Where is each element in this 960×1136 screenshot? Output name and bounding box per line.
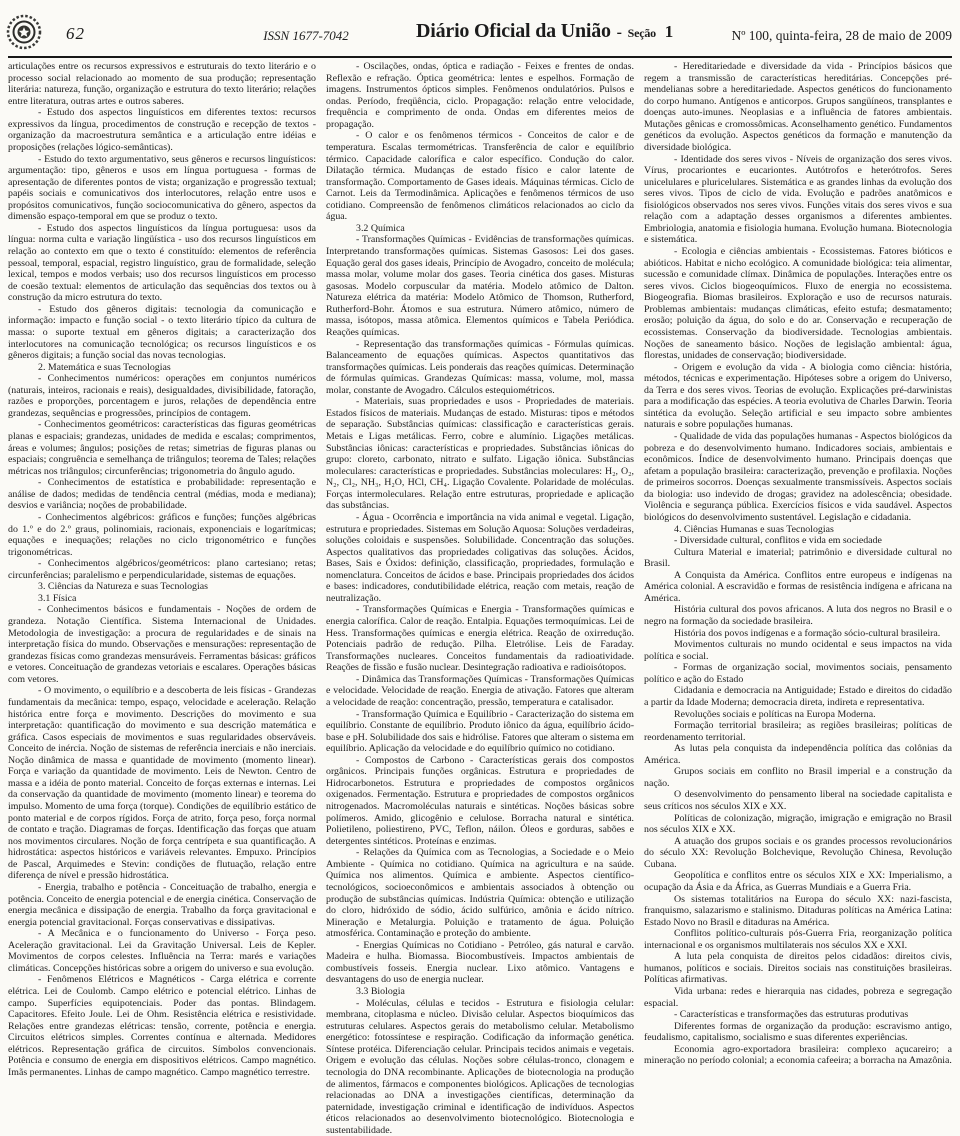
- paragraph: - Dinâmica das Transformações Químicas -…: [326, 674, 634, 709]
- paragraph: Diferentes formas de organização da prod…: [644, 1021, 952, 1044]
- paragraph: O desenvolvimento do pensamento liberal …: [644, 789, 952, 812]
- paragraph: - Materiais, suas propriedades e usos - …: [326, 396, 634, 512]
- text-column-3: - Hereditariedade e diversidade da vida …: [644, 61, 952, 1136]
- paragraph: - Conhecimentos básicos e fundamentais -…: [8, 604, 316, 685]
- paragraph: 2. Matemática e suas Tecnologias: [8, 362, 316, 374]
- paragraph: - Conhecimentos algébricos/geométricos: …: [8, 558, 316, 581]
- issn-label: ISSN 1677-7042: [226, 28, 386, 44]
- paragraph: Os sistemas totalitários na Europa do sé…: [644, 894, 952, 929]
- paragraph: - Compostos de Carbono - Características…: [326, 755, 634, 848]
- paragraph: - O calor e os fenômenos térmicos - Conc…: [326, 130, 634, 223]
- gazette-page: 62 ISSN 1677-7042 Diário Oficial da Uniã…: [0, 0, 960, 1136]
- paragraph: 3.1 Física: [8, 593, 316, 605]
- page-number: 62: [66, 24, 85, 44]
- paragraph: - Conhecimentos algébricos: gráficos e f…: [8, 512, 316, 558]
- paragraph: As lutas pela conquista da independência…: [644, 743, 952, 766]
- paragraph: - Transformações Químicas e Energia - Tr…: [326, 604, 634, 673]
- paragraph: - Conhecimentos numéricos: operações em …: [8, 373, 316, 419]
- paragraph: - Estudo dos aspectos linguísticos em di…: [8, 107, 316, 153]
- paragraph: articulações entre os recursos expressiv…: [8, 61, 316, 107]
- paragraph: Cultura Material e imaterial; patrimônio…: [644, 547, 952, 570]
- edition-date: Nº 100, quinta-feira, 28 de maio de 2009: [731, 28, 952, 44]
- paragraph: A Conquista da América. Conflitos entre …: [644, 570, 952, 605]
- masthead-title: Diário Oficial da União: [416, 20, 611, 42]
- paragraph: A atuação dos grupos sociais e os grande…: [644, 836, 952, 871]
- paragraph: - Relações da Química com as Tecnologias…: [326, 847, 634, 940]
- paragraph: 3.2 Química: [326, 223, 634, 235]
- masthead-section-label: Seção: [628, 26, 656, 40]
- paragraph: - Energia, trabalho e potência - Conceit…: [8, 882, 316, 928]
- paragraph: - Origem e evolução da vida - A biologia…: [644, 362, 952, 431]
- paragraph: - Representação das transformações quími…: [326, 339, 634, 397]
- page-content: articulações entre os recursos expressiv…: [8, 61, 952, 1136]
- paragraph: Políticas de colonização, migração, imig…: [644, 813, 952, 836]
- paragraph: - Formas de organização social, moviment…: [644, 662, 952, 685]
- paragraph: - Características e transformações das e…: [644, 1009, 952, 1021]
- coat-of-arms-icon: [4, 10, 44, 54]
- paragraph: - Estudo dos aspectos linguísticos da lí…: [8, 223, 316, 304]
- paragraph: - O movimento, o equilíbrio e a descober…: [8, 685, 316, 882]
- paragraph: - Energias Químicas no Cotidiano - Petró…: [326, 940, 634, 986]
- text-column-2: - Oscilações, ondas, óptica e radiação -…: [326, 61, 634, 1136]
- paragraph: - Fenômenos Elétricos e Magnéticos - Car…: [8, 974, 316, 1078]
- paragraph: - Hereditariedade e diversidade da vida …: [644, 61, 952, 154]
- paragraph: Conflitos político-culturais pós-Guerra …: [644, 928, 952, 951]
- text-column-1: articulações entre os recursos expressiv…: [8, 61, 316, 1136]
- paragraph: Geopolítica e conflitos entre os séculos…: [644, 870, 952, 893]
- paragraph: Cidadania e democracia na Antiguidade; E…: [644, 685, 952, 708]
- paragraph: 3. Ciências da Natureza e suas Tecnologi…: [8, 581, 316, 593]
- paragraph: - Transformações Químicas - Evidências d…: [326, 234, 634, 338]
- paragraph: Formação territorial brasileira; as regi…: [644, 720, 952, 743]
- header-rule: [8, 56, 952, 58]
- paragraph: Vida urbana: redes e hierarquia nas cida…: [644, 986, 952, 1009]
- paragraph: - Conhecimentos de estatística e probabi…: [8, 477, 316, 512]
- paragraph: - Qualidade de vida das populações human…: [644, 431, 952, 524]
- masthead-section-number: 1: [660, 22, 673, 41]
- paragraph: Movimentos culturais no mundo ocidental …: [644, 639, 952, 662]
- paragraph: - Oscilações, ondas, óptica e radiação -…: [326, 61, 634, 130]
- paragraph: - Identidade dos seres vivos - Níveis de…: [644, 154, 952, 247]
- paragraph: - Moléculas, células e tecidos - Estrutu…: [326, 998, 634, 1136]
- masthead-logo: Diário Oficial da União - Seção 1: [416, 20, 673, 43]
- paragraph: - Ecologia e ciências ambientais - Ecoss…: [644, 246, 952, 362]
- paragraph: - A Mecânica e o funcionamento do Univer…: [8, 928, 316, 974]
- paragraph: - Transformação Química e Equilíbrio - C…: [326, 709, 634, 755]
- paragraph: Economia agro-exportadora brasileira: co…: [644, 1044, 952, 1067]
- paragraph: Grupos sociais em conflito no Brasil imp…: [644, 766, 952, 789]
- paragraph: - Estudo dos gêneros digitais: tecnologi…: [8, 304, 316, 362]
- paragraph: História dos povos indígenas e a formaçã…: [644, 628, 952, 640]
- paragraph: 4. Ciências Humanas e suas Tecnologias: [644, 524, 952, 536]
- paragraph: - Água - Ocorrência e importância na vid…: [326, 512, 634, 605]
- masthead-separator: -: [615, 24, 624, 41]
- page-header: 62 ISSN 1677-7042 Diário Oficial da Uniã…: [8, 12, 952, 54]
- paragraph: História cultural dos povos africanos. A…: [644, 604, 952, 627]
- paragraph: - Conhecimentos geométricos: característ…: [8, 419, 316, 477]
- paragraph: 3.3 Biologia: [326, 986, 634, 998]
- paragraph: - Estudo do texto argumentativo, seus gê…: [8, 154, 316, 223]
- paragraph: A luta pela conquista de direitos pelos …: [644, 951, 952, 986]
- paragraph: - Diversidade cultural, conflitos e vida…: [644, 535, 952, 547]
- paragraph: Revoluções sociais e políticas na Europa…: [644, 709, 952, 721]
